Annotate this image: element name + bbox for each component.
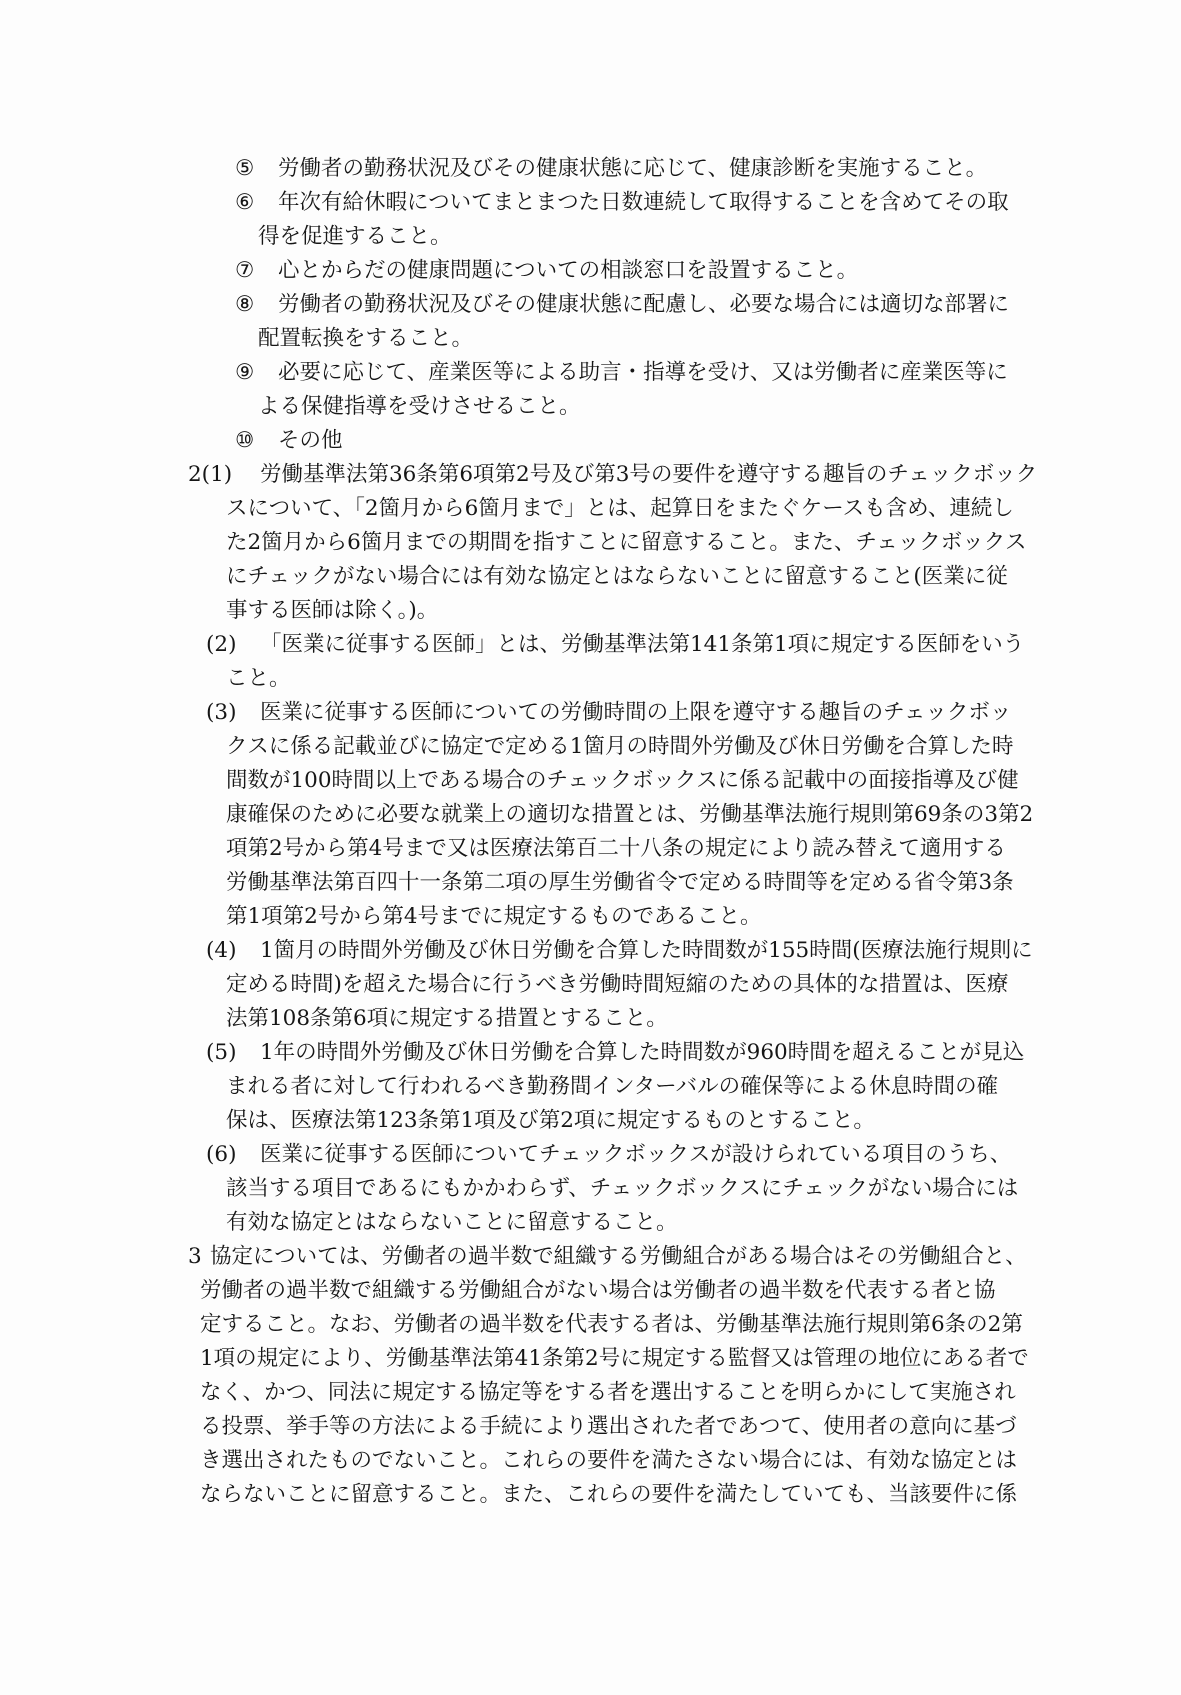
text-line: 労働者の勤務状況及びその健康状態に応じて、健康診断を実施すること。 [278, 156, 987, 181]
text-line: 協定については、労働者の過半数で組織する労働組合がある場合はその労働組合と、 [210, 1244, 1027, 1269]
item-marker: ⑤ [235, 152, 278, 186]
text-line: 得を促進すること。 [258, 224, 452, 249]
text-line: 項第2号から第4号まで又は医療法第百二十八条の規定により読み替えて適用する [226, 836, 1006, 861]
paragraph-item-2-1: 2(1)労働基準法第36条第6項第2号及び第3号の要件を遵守する趣旨のチェックボ… [188, 458, 1058, 628]
paragraph-item-2-4: (4)1箇月の時間外労働及び休日労働を合算した時間数が155時間(医療法施行規則… [188, 934, 1058, 1036]
paragraph-item-2-6: (6)医業に従事する医師についてチェックボックスが設けられている項目のうち、該当… [188, 1138, 1058, 1240]
paragraph-item-circ-9: ⑨必要に応じて、産業医等による助言・指導を受け、又は労働者に産業医等による保健指… [188, 356, 1058, 424]
paragraph-item-circ-7: ⑦心とからだの健康問題についての相談窓口を設置すること。 [188, 254, 1058, 288]
paragraph-item-circ-5: ⑤労働者の勤務状況及びその健康状態に応じて、健康診断を実施すること。 [188, 152, 1058, 186]
text-line: ならないことに留意すること。また、これらの要件を満たしていても、当該要件に係 [200, 1482, 1017, 1507]
text-line: 第1項第2号から第4号までに規定するものであること。 [226, 904, 762, 929]
text-line: クスに係る記載並びに協定で定める1箇月の時間外労働及び休日労働を合算した時 [226, 734, 1013, 759]
text-line: 医業に従事する医師についての労働時間の上限を遵守する趣旨のチェックボッ [260, 700, 1011, 725]
text-line: 必要に応じて、産業医等による助言・指導を受け、又は労働者に産業医等に [278, 360, 1008, 385]
paragraph-item-3: 3協定については、労働者の過半数で組織する労働組合がある場合はその労働組合と、労… [188, 1240, 1058, 1512]
item-marker: (3) [206, 696, 260, 730]
text-line: 労働基準法第百四十一条第二項の厚生労働省令で定める時間等を定める省令第3条 [226, 870, 1014, 895]
text-line: 保は、医療法第123条第1項及び第2項に規定するものとすること。 [226, 1108, 875, 1133]
item-marker: ⑥ [235, 186, 278, 220]
text-line: き選出されたものでないこと。これらの要件を満たさない場合には、有効な協定とは [200, 1448, 1017, 1473]
text-line: 定める時間)を超えた場合に行うべき労働時間短縮のための具体的な措置は、医療 [226, 972, 1008, 997]
item-marker: (2) [206, 628, 260, 662]
item-marker: 3 [188, 1240, 210, 1274]
text-line: にチェックがない場合には有効な協定とはならないことに留意すること(医業に従 [226, 564, 1008, 589]
text-line: 1年の時間外労働及び休日労働を合算した時間数が960時間を超えることが見込 [260, 1040, 1024, 1065]
text-line: 事する医師は除く。)。 [226, 598, 438, 623]
text-line: 心とからだの健康問題についての相談窓口を設置すること。 [278, 258, 858, 283]
text-line: 定すること。なお、労働者の過半数を代表する者は、労働基準法施行規則第6条の2第 [200, 1312, 1023, 1337]
text-line: 法第108条第6項に規定する措置とすること。 [226, 1006, 668, 1031]
item-marker: ⑨ [235, 356, 278, 390]
text-line: 「医業に従事する医師」とは、労働基準法第141条第1項に規定する医師をいう [260, 632, 1024, 657]
text-line: 有効な協定とはならないことに留意すること。 [226, 1210, 678, 1235]
item-marker: ⑦ [235, 254, 278, 288]
item-marker: ⑩ [235, 424, 278, 458]
paragraph-item-2-3: (3)医業に従事する医師についての労働時間の上限を遵守する趣旨のチェックボックス… [188, 696, 1058, 934]
text-line: 康確保のために必要な就業上の適切な措置とは、労働基準法施行規則第69条の3第2 [226, 802, 1033, 827]
item-marker: (6) [206, 1138, 260, 1172]
text-line: スについて、「2箇月から6箇月まで」とは、起算日をまたぐケースも含め、連続し [226, 496, 1014, 521]
text-line: 労働基準法第36条第6項第2号及び第3号の要件を遵守する趣旨のチェックボック [260, 462, 1037, 487]
item-marker: 2(1) [188, 458, 260, 492]
text-line: 年次有給休暇についてまとまつた日数連続して取得することを含めてその取 [278, 190, 1009, 215]
text-line: 1箇月の時間外労働及び休日労働を合算した時間数が155時間(医療法施行規則に [260, 938, 1033, 963]
document-page: ⑤労働者の勤務状況及びその健康状態に応じて、健康診断を実施すること。⑥年次有給休… [188, 152, 1058, 1512]
text-line: その他 [278, 428, 343, 453]
text-line: 1項の規定により、労働基準法第41条第2号に規定する監督又は管理の地位にある者で [200, 1346, 1029, 1371]
item-marker: (5) [206, 1036, 260, 1070]
text-line: 労働者の過半数で組織する労働組合がない場合は労働者の過半数を代表する者と協 [200, 1278, 996, 1303]
text-line: 間数が100時間以上である場合のチェックボックスに係る記載中の面接指導及び健 [226, 768, 1019, 793]
paragraph-item-2-2: (2)「医業に従事する医師」とは、労働基準法第141条第1項に規定する医師をいう… [188, 628, 1058, 696]
text-line: よる保健指導を受けさせること。 [258, 394, 581, 419]
paragraph-item-2-5: (5)1年の時間外労働及び休日労働を合算した時間数が960時間を超えることが見込… [188, 1036, 1058, 1138]
item-marker: (4) [206, 934, 260, 968]
text-line: 該当する項目であるにもかかわらず、チェックボックスにチェックがない場合には [226, 1176, 1018, 1201]
text-line: る投票、挙手等の方法による手続により選出された者であつて、使用者の意向に基づ [200, 1414, 1017, 1439]
text-line: 医業に従事する医師についてチェックボックスが設けられている項目のうち、 [260, 1142, 1011, 1167]
item-marker: ⑧ [235, 288, 278, 322]
paragraph-item-circ-8: ⑧労働者の勤務状況及びその健康状態に配慮し、必要な場合には適切な部署に配置転換を… [188, 288, 1058, 356]
paragraph-item-circ-10: ⑩その他 [188, 424, 1058, 458]
text-line: なく、かつ、同法に規定する協定等をする者を選出することを明らかにして実施され [200, 1380, 1016, 1405]
text-line: た2箇月から6箇月までの期間を指すことに留意すること。また、チェックボックス [226, 530, 1027, 555]
text-line: 労働者の勤務状況及びその健康状態に配慮し、必要な場合には適切な部署に [278, 292, 1009, 317]
text-line: こと。 [226, 666, 291, 691]
text-line: 配置転換をすること。 [258, 326, 473, 351]
text-line: まれる者に対して行われるべき勤務間インターバルの確保等による休息時間の確 [226, 1074, 998, 1099]
paragraph-item-circ-6: ⑥年次有給休暇についてまとまつた日数連続して取得することを含めてその取得を促進す… [188, 186, 1058, 254]
